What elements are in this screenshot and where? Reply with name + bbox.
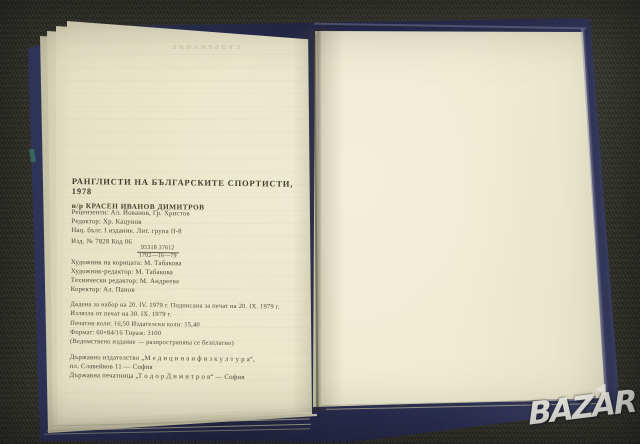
edition-prefix: Изд. № 7828 Код 06 (71, 238, 132, 246)
edition-line: Изд. № 7828 Код 06 95318 37612 1702—16—7… (71, 237, 190, 260)
ghost-showthrough-text: СЪДЪРЖАНИЕ (170, 44, 240, 51)
credits-block: Рецензенти: Ал. Йованов, Гр. Христов Ред… (71, 208, 190, 260)
book-gutter-shadow (292, 28, 344, 412)
book-title: РАНГЛИСТИ НА БЪЛГАРСКИТЕ СПОРТИСТИ, 1978 (72, 176, 312, 199)
book-photo: СЪДЪРЖАНИЕ РАНГЛИСТИ НА БЪЛГАРСКИТЕ СПОР… (0, 0, 640, 444)
colophon: РАНГЛИСТИ НА БЪЛГАРСКИТЕ СПОРТИСТИ, 1978… (72, 176, 312, 213)
print-info-block: Дадена за набор на 20. IV. 1979 г. Подпи… (70, 300, 280, 349)
production-line: Коректор: Ал. Панов (71, 285, 182, 295)
credit-line: Нац. бълг. I издание. Лит. група II-8 (71, 226, 189, 236)
production-block: Художник на корицата: М. Табакова Художн… (71, 258, 182, 295)
publisher-block: Държавно издателство „М е д и ц и н а и … (70, 353, 256, 382)
